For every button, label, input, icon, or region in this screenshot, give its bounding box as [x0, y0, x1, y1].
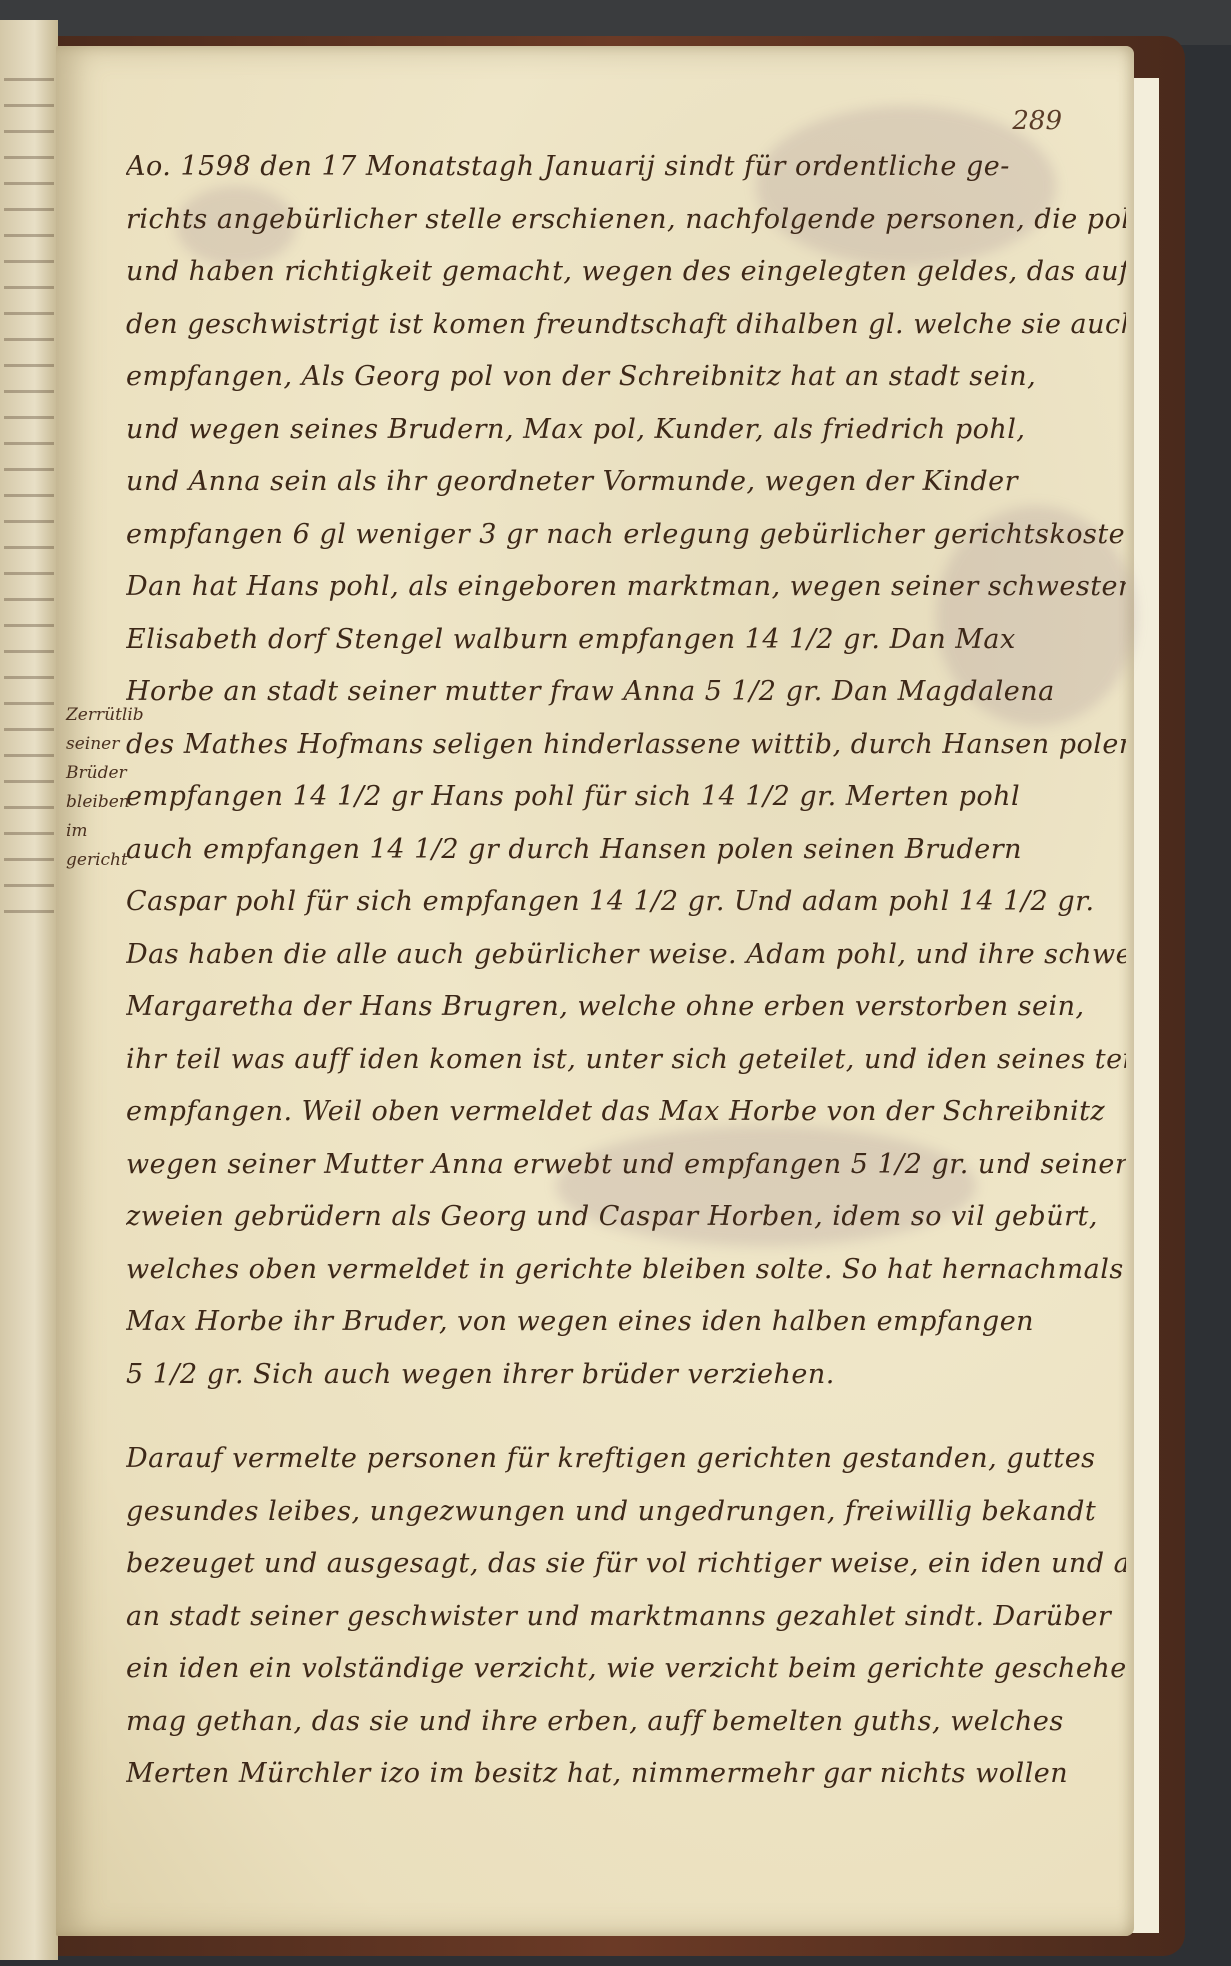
text-line: Margaretha der Hans Brugren, welche ohne… — [126, 981, 1126, 1034]
text-line: Ao. 1598 den 17 Monatstagh Januarij sind… — [126, 141, 1126, 194]
text-line: empfangen 14 1/2 gr Hans pohl für sich 1… — [126, 771, 1126, 824]
text-line: den geschwistrigt ist komen freundtschaf… — [126, 299, 1126, 352]
paragraph-2: Darauf vermelte personen für kreftigen g… — [126, 1433, 1126, 1801]
margin-note-line: bleiben — [66, 788, 146, 817]
text-line: 5 1/2 gr. Sich auch wegen ihrer brüder v… — [126, 1349, 1126, 1402]
facing-page-edge — [0, 20, 58, 1960]
text-body: Zerrütlib seiner Brüder bleiben im geric… — [126, 141, 1126, 1801]
text-line: ihr teil was auff iden komen ist, unter … — [126, 1034, 1126, 1087]
text-line: welches oben vermeldet in gerichte bleib… — [126, 1244, 1126, 1297]
text-line: Merten Mürchler izo im besitz hat, nimme… — [126, 1748, 1126, 1801]
folio-number: 289 — [1012, 106, 1062, 136]
margin-note-line: im gericht — [66, 817, 146, 875]
text-line: Max Horbe ihr Bruder, von wegen eines id… — [126, 1296, 1126, 1349]
text-line: Elisabeth dorf Stengel walburn empfangen… — [126, 614, 1126, 667]
text-line: des Mathes Hofmans seligen hinderlassene… — [126, 719, 1126, 772]
text-line: mag gethan, das sie und ihre erben, auff… — [126, 1696, 1126, 1749]
manuscript-page: 289 Zerrütlib seiner Brüder bleiben im g… — [56, 46, 1134, 1936]
text-line: Das haben die alle auch gebürlicher weis… — [126, 929, 1126, 982]
text-line: ein iden ein volständige verzicht, wie v… — [126, 1643, 1126, 1696]
margin-note-line: seiner — [66, 730, 146, 759]
text-line: empfangen, Als Georg pol von der Schreib… — [126, 351, 1126, 404]
text-line: Dan hat Hans pohl, als eingeboren marktm… — [126, 561, 1126, 614]
text-line: zweien gebrüdern als Georg und Caspar Ho… — [126, 1191, 1126, 1244]
text-line: empfangen 6 gl weniger 3 gr nach erlegun… — [126, 509, 1126, 562]
text-line: und wegen seines Brudern, Max pol, Kunde… — [126, 404, 1126, 457]
margin-note-line: Zerrütlib — [66, 701, 146, 730]
text-line: auch empfangen 14 1/2 gr durch Hansen po… — [126, 824, 1126, 877]
text-line: empfangen. Weil oben vermeldet das Max H… — [126, 1086, 1126, 1139]
text-line: gesundes leibes, ungezwungen und ungedru… — [126, 1486, 1126, 1539]
text-line: Horbe an stadt seiner mutter fraw Anna 5… — [126, 666, 1126, 719]
text-line: an stadt seiner geschwister und marktman… — [126, 1591, 1126, 1644]
text-line: bezeuget und ausgesagt, das sie für vol … — [126, 1538, 1126, 1591]
margin-note: Zerrütlib seiner Brüder bleiben im geric… — [66, 701, 146, 875]
text-line: Caspar pohl für sich empfangen 14 1/2 gr… — [126, 876, 1126, 929]
facing-page-text-blur — [4, 60, 54, 920]
text-line: richts angebürlicher stelle erschienen, … — [126, 194, 1126, 247]
margin-note-line: Brüder — [66, 759, 146, 788]
text-line: Darauf vermelte personen für kreftigen g… — [126, 1433, 1126, 1486]
text-line: wegen seiner Mutter Anna erwebt und empf… — [126, 1139, 1126, 1192]
text-line: und haben richtigkeit gemacht, wegen des… — [126, 246, 1126, 299]
paragraph-1: Ao. 1598 den 17 Monatstagh Januarij sind… — [126, 141, 1126, 1401]
text-line: und Anna sein als ihr geordneter Vormund… — [126, 456, 1126, 509]
